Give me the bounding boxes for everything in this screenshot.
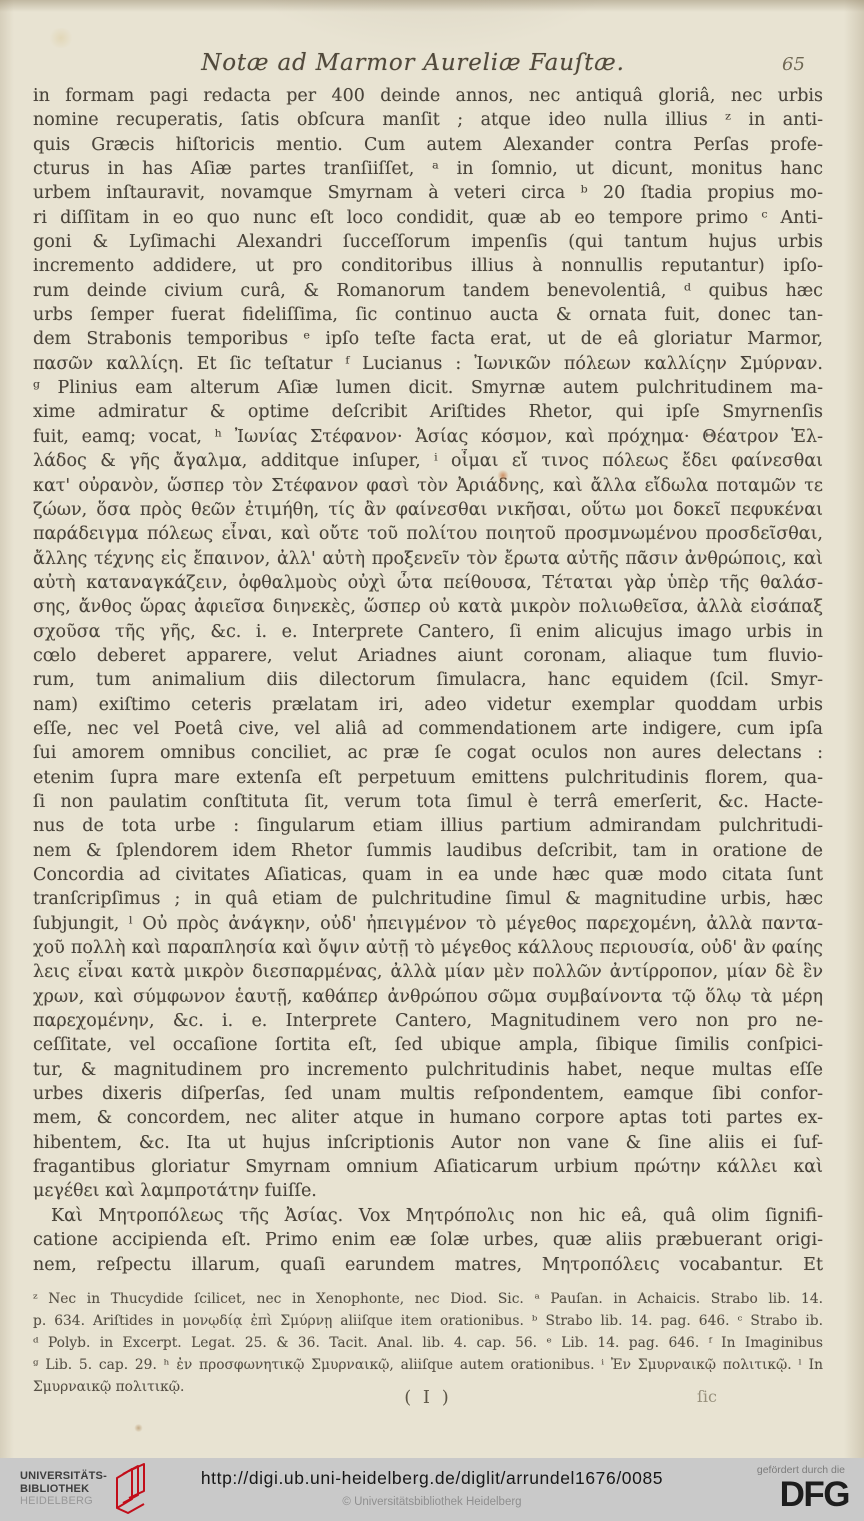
text-line: eſſe, nec vel Poetâ cive, vel aliâ ad co… bbox=[33, 717, 823, 741]
text-line: Καὶ Μητροπόλεως τῆς Ἀσίας. Vox Μητρόπολι… bbox=[33, 1204, 823, 1228]
text-line: ἄλλης τέχνης εἰς ἔπαινον, ἀλλ' αὐτὴ προξ… bbox=[33, 547, 823, 571]
text-line: ζώων, ὅσα πρὸς θεῶν ἐτιμήθη, τίς ἂν φαίν… bbox=[33, 498, 823, 522]
text-line: nomine recuperatis, ſatis obſcura manſit… bbox=[33, 108, 823, 132]
text-line: ſui amorem omnibus conciliet, ac præ ſe … bbox=[33, 741, 823, 765]
text-line: goni & Lyſimachi Alexandri ſucceſſorum i… bbox=[33, 230, 823, 254]
text-line: in formam pagi redacta per 400 deinde an… bbox=[33, 84, 823, 108]
text-line: rum, tum animalium diis dilectorum ſimul… bbox=[33, 668, 823, 692]
text-line: cturus in has Aſiæ partes tranſiiſſet, ᵃ… bbox=[33, 157, 823, 181]
text-line: παράδειγμα πόλεως εἶναι, καὶ οὔτε τοῦ πο… bbox=[33, 522, 823, 546]
text-line: ᵍ Plinius eam alterum Aſiæ lumen dicit. … bbox=[33, 376, 823, 400]
footer-center: http://digi.ub.uni-heidelberg.de/diglit/… bbox=[0, 1468, 864, 1508]
viewer-footer-bar: UNIVERSITÄTS- BIBLIOTHEK HEIDELBERG http… bbox=[0, 1458, 864, 1521]
text-line: catione accipienda eſt. Primo enim eæ ſo… bbox=[33, 1228, 823, 1252]
text-line: tranſcripſimus ; in quâ etiam de pulchri… bbox=[33, 887, 823, 911]
text-line: σχοῦσα τῆς γῆς, &c. i. e. Interprete Can… bbox=[33, 620, 823, 644]
text-line: urbes dixeris diſperſas, ſed unam multis… bbox=[33, 1082, 823, 1106]
text-line: nam) exiſtimo ceteris prælatam iri, adeo… bbox=[33, 693, 823, 717]
text-line: χοῦ πολλὴ καὶ παραπλησία καὶ ὄψιν αὐτῇ τ… bbox=[33, 936, 823, 960]
running-title: Notæ ad Marmor Aureliæ Fauſtæ. bbox=[33, 50, 793, 76]
text-line: urbs ſemper fuerat fideliſſima, ſic cont… bbox=[33, 303, 823, 327]
text-line: hibentem, &c. Ita ut hujus inſcriptionis… bbox=[33, 1131, 823, 1155]
dfg-logo: DFG bbox=[780, 1475, 849, 1515]
text-line: ri diſſitam in eo quo nunc eſt loco cond… bbox=[33, 206, 823, 230]
body-text-block: in formam pagi redacta per 400 deinde an… bbox=[33, 84, 823, 1277]
footnote-line: ᶻ Nec in Thucydide ſcilicet, nec in Xeno… bbox=[33, 1288, 823, 1310]
text-line: rum deinde civium curâ, & Romanorum tand… bbox=[33, 279, 823, 303]
document-url: http://digi.ub.uni-heidelberg.de/diglit/… bbox=[0, 1468, 864, 1489]
footnote-line: p. 634. Ariſtides in μονῳδίᾳ ἐπὶ Σμύρνῃ … bbox=[33, 1310, 823, 1332]
catchword: ſic bbox=[697, 1387, 717, 1406]
text-line: fuit, eamq; vocat, ʰ Ἰωνίας Στέφανον· Ἀσ… bbox=[33, 425, 823, 449]
text-line: ceſſitate, vel occaſione ſortita eſt, ſe… bbox=[33, 1033, 823, 1057]
ink-stain bbox=[134, 1424, 143, 1432]
text-line: dem Strabonis temporibus ᵉ ipſo teſte fa… bbox=[33, 327, 823, 351]
page-number: 65 bbox=[782, 54, 805, 75]
text-line: nem & ſplendorem idem Rhetor ſummis laud… bbox=[33, 839, 823, 863]
text-line: cœlo deberet apparere, velut Ariadnes ai… bbox=[33, 644, 823, 668]
text-line: πασῶν καλλίςη. Et ſic teſtatur ᶠ Lucianu… bbox=[33, 352, 823, 376]
text-line: παρεχομένην, &c. i. e. Interprete Canter… bbox=[33, 1009, 823, 1033]
text-line: Concordia ad civitates Aſiaticas, quam i… bbox=[33, 863, 823, 887]
text-line: fragantibus gloriatur Smyrnam omnium Aſi… bbox=[33, 1155, 823, 1179]
scanned-page: Notæ ad Marmor Aureliæ Fauſtæ. 65 in for… bbox=[0, 0, 864, 1521]
text-line: tur, & magnitudinem pro incremento pulch… bbox=[33, 1058, 823, 1082]
copyright-notice: © Universitätsbibliothek Heidelberg bbox=[0, 1496, 864, 1508]
text-line: mem, & concordem, nec aliter atque in hu… bbox=[33, 1106, 823, 1130]
paper-stain bbox=[48, 28, 74, 48]
footnote-block: ᶻ Nec in Thucydide ſcilicet, nec in Xeno… bbox=[33, 1288, 823, 1398]
text-line: κατ' οὐρανὸν, ὥσπερ τὸν Στέφανον φασὶ τὸ… bbox=[33, 474, 823, 498]
text-line: λάδος & γῆς ἄγαλμα, additque inſuper, ⁱ … bbox=[33, 449, 823, 473]
footnote-line: ᵈ Polyb. in Excerpt. Legat. 25. & 36. Ta… bbox=[33, 1332, 823, 1354]
text-line: ſi non paulatim conſtituta ſit, verum to… bbox=[33, 790, 823, 814]
text-line: σης, ἄνθος ὥρας ἀφιεῖσα διηνεκὲς, ὥσπερ … bbox=[33, 595, 823, 619]
text-line: incremento addidere, ut pro conditoribus… bbox=[33, 254, 823, 278]
text-line: xime admiratur & optime deſcribit Ariſti… bbox=[33, 400, 823, 424]
text-line: μεγέθει καὶ λαμπροτάτην fuiſſe. bbox=[33, 1179, 823, 1203]
text-line: etenim ſupra mare extenſa eſt perpetuum … bbox=[33, 766, 823, 790]
text-line: λεις εἶναι κατὰ μικρὸν διεσπαρμένας, ἀλλ… bbox=[33, 960, 823, 984]
text-line: nem, reſpectu illarum, quaſi earundem ma… bbox=[33, 1253, 823, 1277]
text-line: ſubjungit, ˡ Οὐ πρὸς ἀνάγκην, οὐδ' ἠπειγ… bbox=[33, 912, 823, 936]
text-line: quis Græcis hiſtoricis mentio. Cum autem… bbox=[33, 133, 823, 157]
text-line: nus de tota urbe : ſingularum etiam illi… bbox=[33, 814, 823, 838]
footnote-line: ᵍ Lib. 5. cap. 29. ʰ ἐν προσφωνητικῷ Σμυ… bbox=[33, 1354, 823, 1376]
text-line: χρων, καὶ σύμφωνον ἑαυτῇ, καθάπερ ἀνθρώπ… bbox=[33, 985, 823, 1009]
text-line: urbem inſtauravit, novamque Smyrnam à ve… bbox=[33, 181, 823, 205]
text-line: αὐτὴ καταναγκάζειν, ὀφθαλμοὺς οὐχὶ ὦτα π… bbox=[33, 571, 823, 595]
